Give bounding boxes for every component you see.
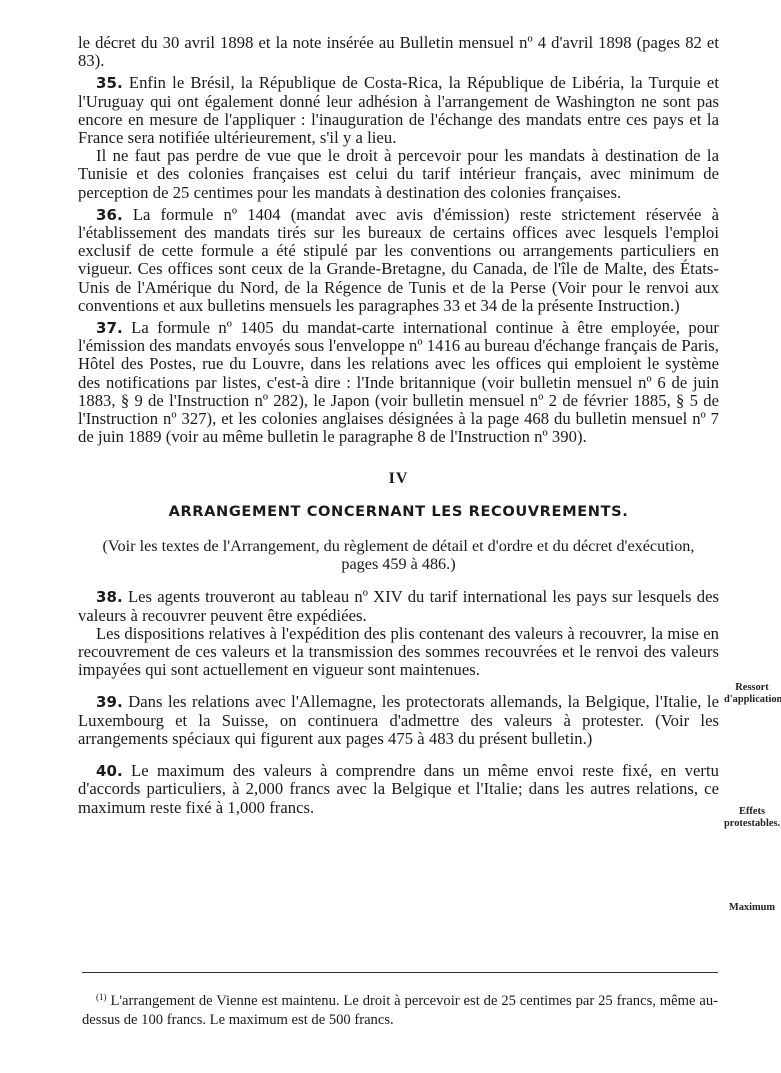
paragraph-40: 40. Le maximum des valeurs à comprendre … bbox=[78, 762, 719, 817]
paragraph-number: 36. bbox=[96, 206, 123, 224]
paragraph-text: Les agents trouveront au tableau nº XIV … bbox=[78, 587, 719, 624]
footnote: (1)L'arrangement de Vienne est maintenu.… bbox=[82, 988, 718, 1030]
paragraph-37: 37. La formule nº 1405 du mandat-carte i… bbox=[78, 319, 719, 446]
paragraph-number: 40. bbox=[96, 762, 123, 780]
margin-note-maximum: Maximum bbox=[724, 902, 780, 914]
paragraph-35: 35. Enfin le Brésil, la République de Co… bbox=[78, 74, 719, 147]
document-page: le décret du 30 avril 1898 et la note in… bbox=[78, 34, 719, 817]
footnote-divider bbox=[82, 972, 718, 973]
section-title: ARRANGEMENT CONCERNANT LES RECOUVREMENTS… bbox=[78, 503, 719, 523]
paragraph-39: 39. Dans les relations avec l'Allemagne,… bbox=[78, 693, 719, 748]
paragraph-number: 35. bbox=[96, 74, 123, 92]
paragraph-38-continued: Les dispositions relatives à l'expéditio… bbox=[78, 625, 719, 680]
margin-note-ressort: Ressort d'application. bbox=[724, 682, 780, 706]
margin-note-effets: Effets protestables. bbox=[724, 806, 780, 830]
footnote-marker: (1) bbox=[96, 992, 107, 1002]
paragraph-38: 38. Les agents trouveront au tableau nº … bbox=[78, 588, 719, 624]
section-number: IV bbox=[78, 470, 719, 488]
paragraph-36: 36. La formule nº 1404 (mandat avec avis… bbox=[78, 206, 719, 315]
paragraph-text: Le maximum des valeurs à comprendre dans… bbox=[78, 761, 719, 816]
paragraph-text: Dans les relations avec l'Allemagne, les… bbox=[78, 692, 719, 747]
paragraph-text: La formule nº 1404 (mandat avec avis d'é… bbox=[78, 205, 719, 315]
paragraph-number: 39. bbox=[96, 693, 123, 711]
footnote-text: L'arrangement de Vienne est maintenu. Le… bbox=[82, 993, 718, 1028]
paragraph-text: La formule nº 1405 du mandat-carte inter… bbox=[78, 318, 719, 446]
paragraph-number: 37. bbox=[96, 319, 123, 337]
paragraph-text: Enfin le Brésil, la République de Costa-… bbox=[78, 73, 719, 147]
paragraph-number: 38. bbox=[96, 588, 123, 606]
paragraph-35-continued: Il ne faut pas perdre de vue que le droi… bbox=[78, 147, 719, 202]
section-reference-note: (Voir les textes de l'Arrangement, du rè… bbox=[78, 537, 719, 573]
paragraph-continuation: le décret du 30 avril 1898 et la note in… bbox=[78, 34, 719, 70]
